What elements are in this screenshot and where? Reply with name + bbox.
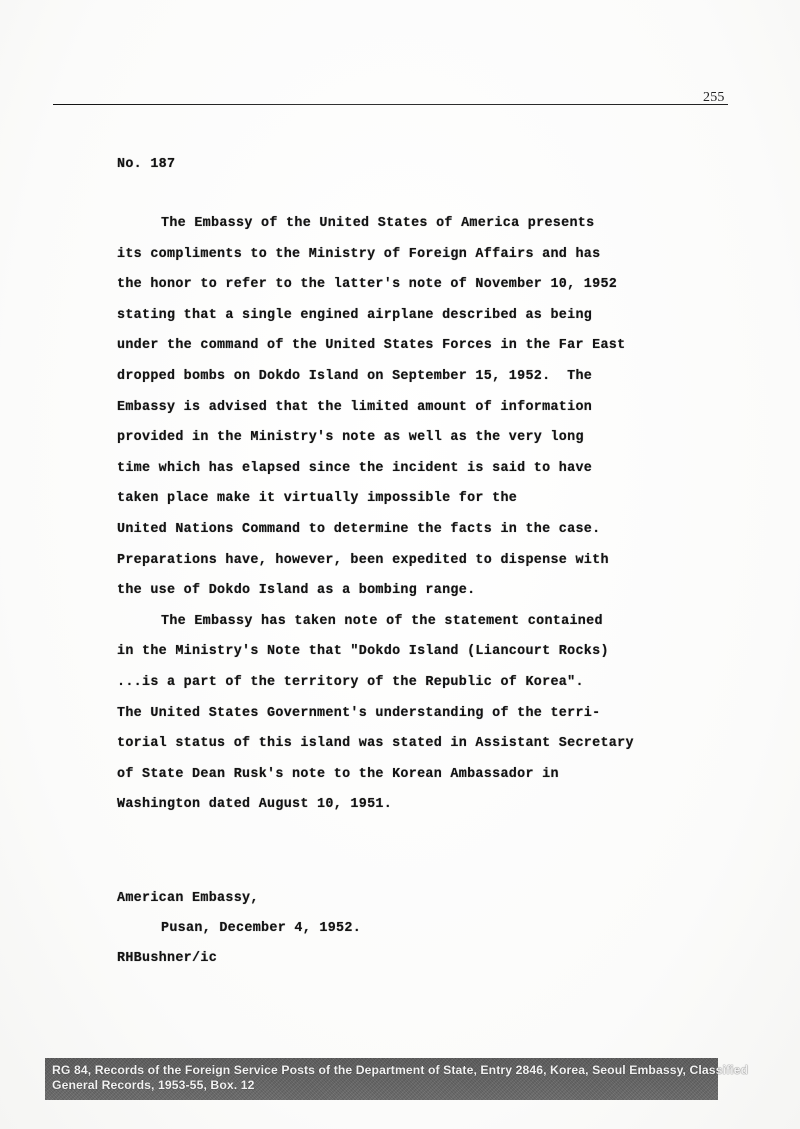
source-citation-banner: RG 84, Records of the Foreign Service Po… <box>45 1058 718 1100</box>
body-line: provided in the Ministry's note as well … <box>117 431 717 462</box>
closing-block: American Embassy, Pusan, December 4, 195… <box>117 892 361 982</box>
body-line: dropped bombs on Dokdo Island on Septemb… <box>117 370 717 401</box>
place-date-line: Pusan, December 4, 1952. <box>117 922 361 952</box>
body-line: Embassy is advised that the limited amou… <box>117 401 717 432</box>
source-citation-line: General Records, 1953-55, Box. 12 <box>52 1078 712 1093</box>
body-line: its compliments to the Ministry of Forei… <box>117 248 717 279</box>
body-line: the honor to refer to the latter's note … <box>117 278 717 309</box>
header-rule <box>53 104 728 105</box>
body-line: The Embassy of the United States of Amer… <box>117 217 717 248</box>
body-line: under the command of the United States F… <box>117 339 717 370</box>
body-line: The United States Government's understan… <box>117 707 717 738</box>
body-line: stating that a single engined airplane d… <box>117 309 717 340</box>
body-line: ...is a part of the territory of the Rep… <box>117 676 717 707</box>
note-body: The Embassy of the United States of Amer… <box>117 217 717 829</box>
body-line: in the Ministry's Note that "Dokdo Islan… <box>117 645 717 676</box>
reference-initials: RHBushner/ic <box>117 952 361 982</box>
body-line: of State Dean Rusk's note to the Korean … <box>117 768 717 799</box>
body-line: the use of Dokdo Island as a bombing ran… <box>117 584 717 615</box>
body-line: taken place make it virtually impossible… <box>117 492 717 523</box>
source-citation-line: RG 84, Records of the Foreign Service Po… <box>52 1063 712 1078</box>
sender-line: American Embassy, <box>117 892 361 922</box>
body-line: Preparations have, however, been expedit… <box>117 554 717 585</box>
body-line: Washington dated August 10, 1951. <box>117 798 717 829</box>
body-line: torial status of this island was stated … <box>117 737 717 768</box>
body-line: time which has elapsed since the inciden… <box>117 462 717 493</box>
document-page: 255 No. 187 The Embassy of the United St… <box>0 0 800 1129</box>
body-line: The Embassy has taken note of the statem… <box>117 615 717 646</box>
body-line: United Nations Command to determine the … <box>117 523 717 554</box>
document-number: No. 187 <box>117 157 175 172</box>
